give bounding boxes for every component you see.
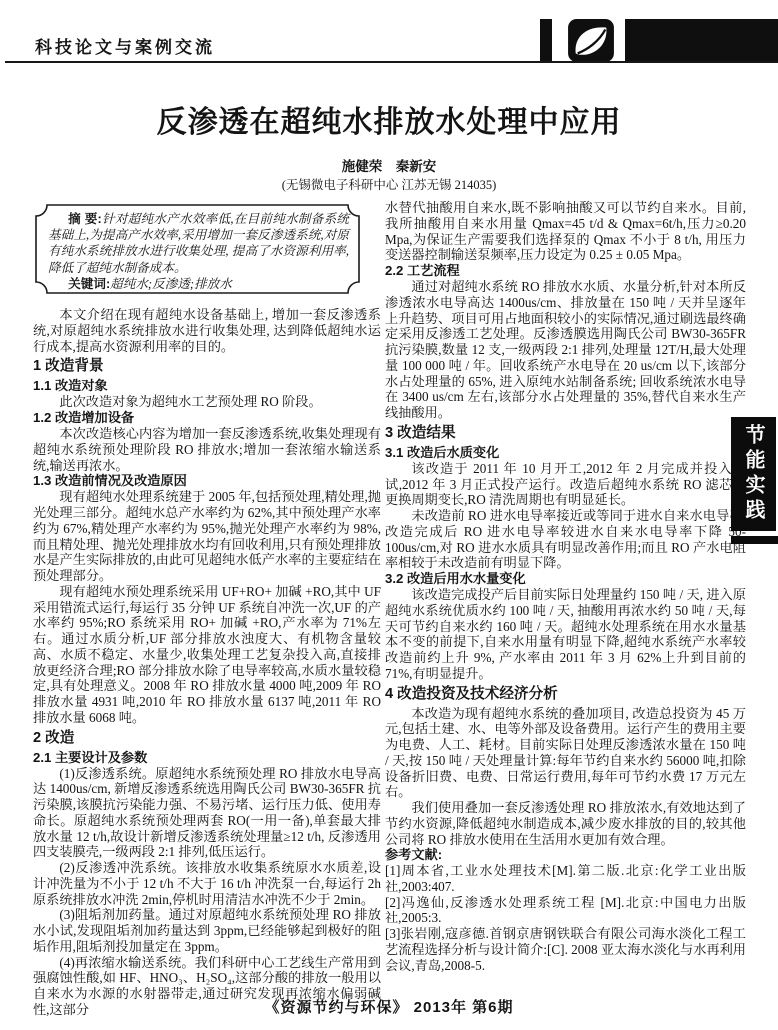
references-heading: 参考文献: [385, 847, 746, 863]
section-heading: 1 改造背景 [33, 358, 381, 375]
header-rule [5, 61, 778, 63]
page-footer: 《资源节约与环保》 2013年 第6期 [0, 996, 778, 1017]
article-affiliation: (无锡微电子科研中心 江苏无锡 214035) [0, 175, 778, 193]
paragraph: 该改造完成投产后目前实际日处理量约 150 吨 / 天, 进入原超纯水系统优质水… [385, 587, 746, 682]
paragraph: 我们使用叠加一套反渗透处理 RO 排放浓水,有效地达到了节约水资源,降低超纯水制… [385, 800, 746, 847]
column-section-label: 科技论文与案例交流 [35, 33, 215, 58]
section-heading: 3 改造结果 [385, 425, 746, 442]
subsection-heading: 2.1 主要设计及参数 [33, 750, 381, 766]
paragraph: 此次改造对象为超纯水工艺预处理 RO 阶段。 [33, 394, 381, 410]
paragraph: 通过对超纯水系统 RO 排放水水质、水量分析,针对本所反渗透浓水电导高达 140… [385, 279, 746, 421]
abstract-label: 摘 要: [68, 212, 102, 226]
article-authors: 施健荣 秦新安 [0, 155, 778, 175]
paragraph: 本文介绍在现有超纯水设备基础上, 增加一套反渗透系统,对原超纯水系统排放水进行收… [33, 307, 381, 354]
abstract-paragraph: 摘 要:针对超纯水产水效率低,在目前纯水制备系统基础上,为提高产水效率,采用增加… [48, 211, 349, 276]
keywords-text: 超纯水;反渗透;排放水 [110, 277, 232, 291]
side-tab-energy-practice: 节能实践 [731, 417, 776, 531]
article-title: 反渗透在超纯水排放水处理中应用 [0, 97, 778, 141]
reference-item: [1]周本省,工业水处理技术[M].第二版.北京:化学工业出版社,2003:40… [385, 863, 746, 895]
keywords-label: 关键词: [68, 277, 110, 291]
paragraph: 该改造于 2011 年 10 月开工,2012 年 2 月完成并投入调试,201… [385, 461, 746, 508]
paragraph: (2)反渗透冲洗系统。该排放水收集系统原水水质差,设计冲洗量为不小于 12 t/… [33, 860, 381, 907]
paragraph: (1)反渗透系统。原超纯水系统预处理 RO 排放水电导高达 1400us/cm,… [33, 766, 381, 861]
paragraph: 未改造前 RO 进水电导率接近或等同于进水自来水电导率,改造完成后 RO 进水电… [385, 508, 746, 571]
keywords-line: 关键词:超纯水;反渗透;排放水 [48, 276, 349, 292]
paragraph: 本改造为现有超纯水系统的叠加项目, 改造总投资为 45 万元,包括土建、水、电等… [385, 706, 746, 801]
logo-bar-long [625, 19, 778, 62]
reference-item: [2]冯逸仙,反渗透水处理系统工程 [M].北京:中国电力出版社,2005:3. [385, 895, 746, 927]
subsection-heading: 2.2 工艺流程 [385, 263, 746, 279]
paragraph: 现有超纯水预处理系统采用 UF+RO+ 加碱 +RO,其中 UF 采用错流式运行… [33, 584, 381, 726]
reference-item: [3]张岩刚,寇彦德.首钢京唐钢铁联合有限公司海水淡化工程工艺流程选择分析与设计… [385, 926, 746, 973]
subsection-heading: 3.2 改造后用水水量变化 [385, 571, 746, 587]
leaf-icon [568, 19, 614, 62]
journal-page: 科技论文与案例交流 反渗透在超纯水排放水处理中应用 施健荣 秦新安 (无锡微电子… [0, 0, 778, 1030]
left-column-blocks: 本文介绍在现有超纯水设备基础上, 增加一套反渗透系统,对原超纯水系统排放水进行收… [33, 307, 381, 1018]
paragraph: 本次改造核心内容为增加一套反渗透系统,收集处理现有超纯水系统预处理阶段 RO 排… [33, 426, 381, 473]
abstract-box: 摘 要:针对超纯水产水效率低,在目前纯水制备系统基础上,为提高产水效率,采用增加… [35, 204, 360, 294]
right-column: 水替代抽酸用自来水,既不影响抽酸又可以节约自来水。目前,我所抽酸用自来水用量 Q… [385, 200, 746, 973]
abstract-body: 摘 要:针对超纯水产水效率低,在目前纯水制备系统基础上,为提高产水效率,采用增加… [48, 211, 349, 292]
subsection-heading: 3.1 改造后水质变化 [385, 445, 746, 461]
paragraph-continuation: 水替代抽酸用自来水,既不影响抽酸又可以节约自来水。目前,我所抽酸用自来水用量 Q… [385, 200, 746, 263]
logo-bar-small [540, 19, 552, 62]
journal-logo-strip [540, 19, 778, 62]
side-tab-label: 节能实践 [739, 424, 768, 524]
subsection-heading: 1.3 改造前情况及改造原因 [33, 473, 381, 489]
side-tab-underline [731, 536, 778, 544]
subsection-heading: 1.2 改造增加设备 [33, 410, 381, 426]
paragraph: 现有超纯水处理系统建于 2005 年,包括预处理,精处理,抛光处理三部分。超纯水… [33, 489, 381, 584]
journal-issue: 《资源节约与环保》 2013年 第6期 [264, 999, 513, 1016]
subsection-heading: 1.1 改造对象 [33, 378, 381, 394]
section-heading: 2 改造 [33, 730, 381, 747]
section-heading: 4 改造投资及技术经济分析 [385, 686, 746, 703]
paragraph: (3)阻垢剂加药量。通过对原超纯水系统预处理 RO 排放水小试,发现阻垢剂加药量… [33, 907, 381, 954]
left-column: 摘 要:针对超纯水产水效率低,在目前纯水制备系统基础上,为提高产水效率,采用增加… [33, 203, 381, 1018]
